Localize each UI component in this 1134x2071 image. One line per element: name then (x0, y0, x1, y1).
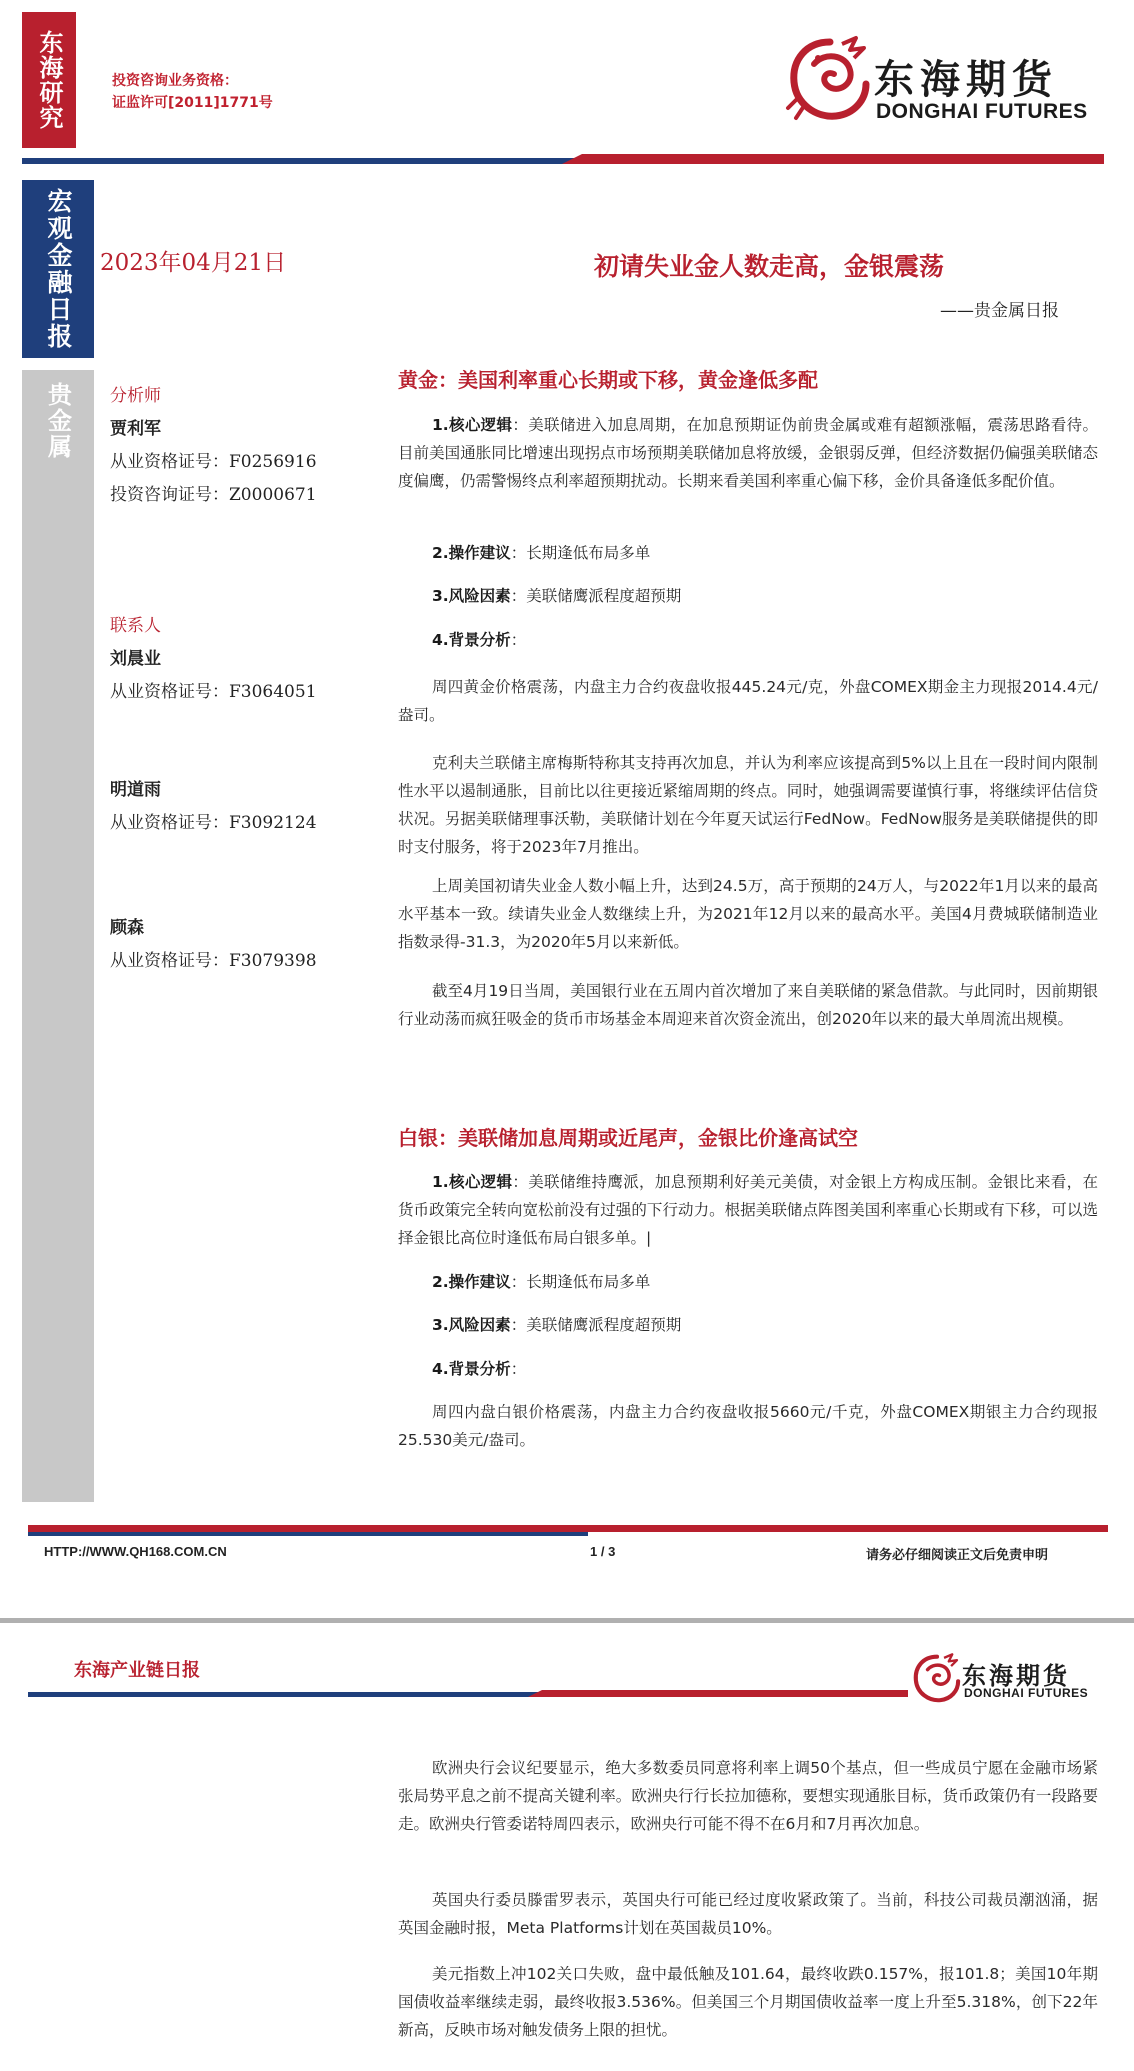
gold-section-heading: 黄金：美国利率重心长期或下移，黄金逢低多配 (398, 364, 818, 393)
analyst-consult-cert: 投资咨询证号：Z0000671 (110, 479, 317, 512)
contact-block: 顾森 从业资格证号：F3079398 (110, 912, 317, 978)
contact-name: 刘晨业 (110, 643, 317, 676)
silver-advice: 2.操作建议：长期逢低布局多单 (432, 1269, 650, 1295)
contact-cert: 从业资格证号：F3079398 (110, 945, 317, 978)
page2-paragraph: 美元指数上冲102关口失败，盘中最低触及101.64，最终收跌0.157%，报1… (398, 1960, 1098, 2044)
research-tag: 东海研究 (22, 12, 76, 148)
page2-header-divider (28, 1690, 908, 1698)
page2-header-title: 东海产业链日报 (74, 1656, 200, 1682)
gold-background-paragraph: 截至4月19日当周，美国银行业在五周内首次增加了来自美联储的紧急借款。与此同时，… (398, 977, 1098, 1033)
footer-divider (28, 1525, 1108, 1535)
gold-background-paragraph: 克利夫兰联储主席梅斯特称其支持再次加息，并认为利率应该提高到5%以上且在一段时间… (398, 749, 1098, 861)
silver-background-label: 4.背景分析： (432, 1356, 526, 1382)
gold-risk-label: 3.风险因素 (432, 587, 511, 605)
gold-risk: 3.风险因素：美联储鹰派程度超预期 (432, 583, 681, 609)
website-link[interactable]: HTTP://WWW.QH168.COM.CN (44, 1544, 227, 1559)
page2-paragraph: 欧洲央行会议纪要显示，绝大多数委员同意将利率上调50个基点，但一些成员宁愿在金融… (398, 1754, 1098, 1838)
silver-core-label: 1.核心逻辑 (432, 1173, 512, 1191)
disclaimer-note: 请务必仔细阅读正文后免责申明 (866, 1544, 1048, 1563)
report-subtitle: ——贵金属日报 (940, 296, 1059, 321)
header-divider (22, 154, 1104, 164)
sidebar-gray-bar (22, 370, 94, 1502)
category-tag: 宏观金融日报 (22, 180, 94, 358)
analyst-cert: 从业资格证号：F0256916 (110, 446, 317, 479)
logo-chinese-name: 东海期货 (874, 48, 1058, 105)
page2-paragraph: 英国央行委员滕雷罗表示，英国央行可能已经过度收紧政策了。当前，科技公司裁员潮汹涌… (398, 1886, 1098, 1942)
contact-cert: 从业资格证号：F3064051 (110, 676, 317, 709)
contact-label: 联系人 (110, 610, 317, 643)
sub-category-tag: 贵金属 (22, 376, 94, 466)
silver-risk: 3.风险因素：美联储鹰派程度超预期 (432, 1312, 681, 1338)
dragon-logo-icon (784, 34, 876, 126)
report-title: 初请失业金人数走高，金银震荡 (594, 247, 944, 283)
logo-english-name: DONGHAI FUTURES (964, 1686, 1088, 1700)
analyst-label: 分析师 (110, 380, 317, 413)
silver-section-heading: 白银：美联储加息周期或近尾声，金银比价逢高试空 (398, 1122, 858, 1151)
qualification-info: 投资咨询业务资格： 证监许可[2011]1771号 (112, 70, 273, 114)
dragon-logo-icon (910, 1652, 964, 1706)
contact-block: 明道雨 从业资格证号：F3092124 (110, 774, 317, 840)
gold-background-paragraph: 上周美国初请失业金人数小幅上升，达到24.5万，高于预期的24万人，与2022年… (398, 872, 1098, 956)
analyst-block: 分析师 贾利军 从业资格证号：F0256916 投资咨询证号：Z0000671 (110, 380, 317, 512)
analyst-name: 贾利军 (110, 413, 317, 446)
company-logo-small: 东海期货 DONGHAI FUTURES (910, 1652, 1110, 1708)
company-logo: 东海期货 DONGHAI FUTURES (784, 34, 1114, 130)
gold-core-logic: 1.核心逻辑：美联储进入加息周期，在加息预期证伪前贵金属或难有超额涨幅，震荡思路… (398, 411, 1098, 495)
gold-background-label: 4.背景分析： (432, 627, 526, 653)
qualification-line-1: 投资咨询业务资格： (112, 70, 273, 92)
qualification-line-2: 证监许可[2011]1771号 (112, 92, 273, 114)
gold-advice-label: 2.操作建议 (432, 544, 511, 562)
page-number: 1 / 3 (590, 1544, 615, 1559)
contact-name: 明道雨 (110, 774, 317, 807)
page-separator (0, 1618, 1134, 1623)
gold-background-paragraph: 周四黄金价格震荡，内盘主力合约夜盘收报445.24元/克，外盘COMEX期金主力… (398, 673, 1098, 729)
report-date: 2023年04月21日 (100, 244, 286, 277)
silver-background-paragraph: 周四内盘白银价格震荡，内盘主力合约夜盘收报5660元/千克，外盘COMEX期银主… (398, 1398, 1098, 1454)
contact-block: 联系人 刘晨业 从业资格证号：F3064051 (110, 610, 317, 709)
gold-advice: 2.操作建议：长期逢低布局多单 (432, 540, 650, 566)
contact-name: 顾森 (110, 912, 317, 945)
contact-cert: 从业资格证号：F3092124 (110, 807, 317, 840)
logo-english-name: DONGHAI FUTURES (876, 100, 1088, 124)
gold-core-label: 1.核心逻辑 (432, 416, 512, 434)
silver-core-logic: 1.核心逻辑：美联储维持鹰派，加息预期利好美元美债，对金银上方构成压制。金银比来… (398, 1168, 1098, 1252)
